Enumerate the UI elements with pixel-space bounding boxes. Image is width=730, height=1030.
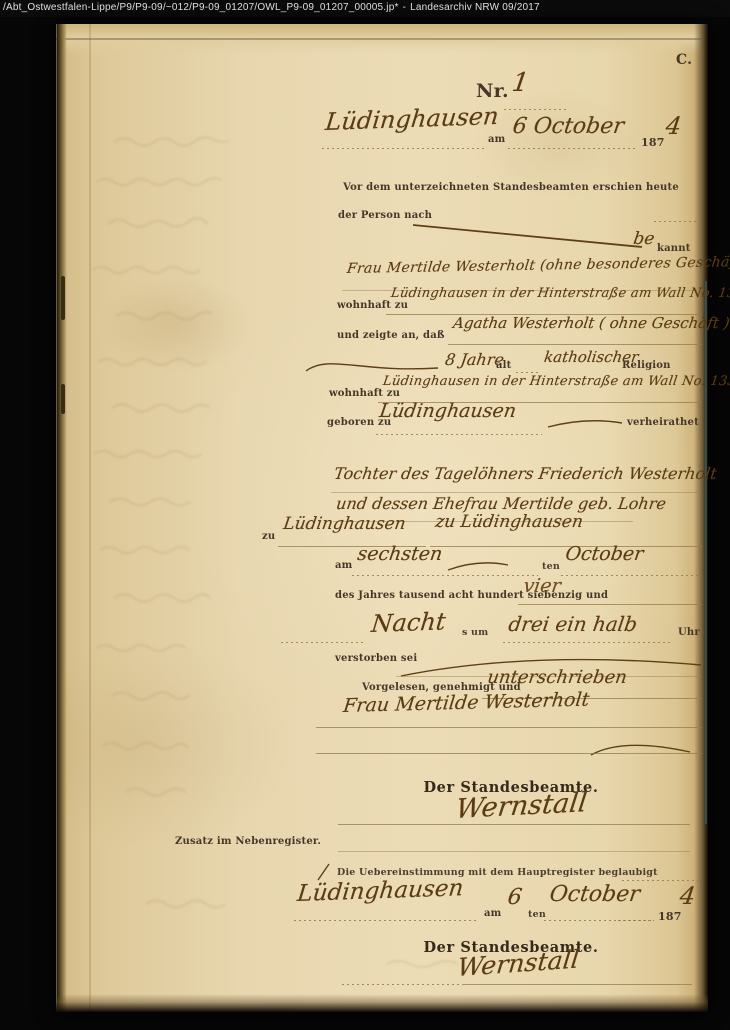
report-label: und zeigte an, daß: [337, 330, 445, 341]
record-number-label: Nr.: [476, 80, 509, 102]
marital-label: verheirathet: [627, 417, 699, 428]
death-day-am-label: am: [335, 560, 352, 571]
titlebar-dash: -: [403, 2, 407, 13]
known-hand: be: [632, 229, 656, 249]
known-printed: kannt: [657, 243, 691, 254]
ruled-line: [322, 148, 484, 149]
ruled-line: [654, 221, 702, 222]
ruled-line: [518, 604, 702, 605]
corner-mark: C.: [676, 52, 692, 68]
intro-line-2: der Person nach: [338, 210, 432, 221]
certification-month: October: [548, 882, 642, 907]
book-scan: C. Nr. 1 Lüdinghausen am 6 October 187 4…: [56, 24, 708, 1012]
file-path: /Abt_Ostwestfalen-Lippe/P9/P9-09/~012/P9…: [3, 2, 399, 13]
year-handwritten: 4: [664, 112, 683, 140]
death-year-label: des Jahres tausend acht hundert siebenzi…: [335, 590, 608, 601]
certification-ten-label: ten: [528, 909, 546, 920]
viewer-titlebar: /Abt_Ostwestfalen-Lippe/P9/P9-09/~012/P9…: [0, 0, 730, 17]
religion-label: Religion: [622, 360, 671, 371]
death-time-value-2: drei ein halb: [507, 612, 639, 636]
parents-line-1: Tochter des Tagelöhners Friederich Weste…: [333, 464, 718, 483]
binding-edge: [56, 24, 67, 1012]
ruled-line: [352, 575, 538, 576]
intro-line-1: Vor dem unterzeichneten Standesbeamten e…: [306, 182, 716, 193]
year-printed: 187: [641, 136, 665, 149]
ruled-line: [281, 642, 365, 643]
certification-label: Die Uebereinstimmung mit dem Hauptregist…: [337, 867, 658, 878]
declarant-line: Frau Mertilde Westerholt (ohne besondere…: [346, 254, 730, 277]
opening-place: Lüdinghausen: [324, 102, 500, 136]
ruled-line: [504, 109, 566, 110]
certification-day: 6: [506, 885, 524, 910]
report-value: Agatha Westerholt ( ohne Geschäft ): [452, 314, 730, 332]
ruled-line: [508, 148, 636, 149]
ruled-line: [294, 920, 476, 921]
ruled-line: [618, 920, 654, 921]
certification-place: Lüdinghausen: [296, 875, 465, 907]
closing-value: unterschrieben: [486, 667, 628, 688]
page-top-edge: [56, 38, 708, 40]
registrar-signature-1: Wernstall: [454, 787, 589, 825]
ruled-line: [622, 880, 702, 881]
record-number-value: 1: [510, 68, 531, 98]
margin-note: Zusatz im Nebenregister.: [175, 836, 321, 847]
ten-label: ten: [542, 561, 560, 572]
certification-year-printed: 187: [658, 910, 682, 923]
am-label: am: [488, 134, 505, 145]
death-month-value: October: [564, 543, 645, 565]
birth-value: Lüdinghausen: [378, 400, 518, 422]
uhr-label: Uhr: [678, 627, 700, 638]
residence2-value: Lüdinghausen in der Hinterstraße am Wall…: [382, 374, 730, 389]
s-um-label: s um: [462, 627, 488, 638]
ruled-line: [338, 851, 690, 852]
certification-am-label: am: [484, 908, 501, 919]
residence1-label: wohnhaft zu: [337, 300, 408, 311]
ruled-line: [503, 642, 671, 643]
ruled-line: [462, 984, 692, 985]
ruled-line: [316, 753, 702, 754]
ruled-line: [376, 434, 542, 435]
ruled-line: [338, 824, 690, 825]
opening-date: 6 October: [511, 114, 626, 139]
deceased-label: verstorben sei: [335, 653, 417, 664]
ruled-line: [342, 984, 462, 985]
death-place-2: zu Lüdinghausen: [434, 512, 584, 532]
ruled-line: [331, 492, 701, 493]
residence2-label: wohnhaft zu: [329, 388, 400, 399]
death-day-value: sechsten: [356, 543, 444, 565]
residence1-value: Lüdinghausen in der Hinterstraße am Wall…: [390, 286, 730, 301]
ruled-line: [316, 727, 702, 728]
parents-line-2: und dessen Ehefrau Mertilde geb. Lohre: [335, 494, 667, 513]
ruled-line: [561, 575, 702, 576]
ruled-line: [516, 372, 540, 373]
death-place-1: Lüdinghausen: [282, 514, 407, 534]
ruled-line: [448, 344, 702, 345]
page-crease: [89, 24, 91, 1012]
binding-stitch: [61, 384, 65, 414]
page-bottom-edge: [56, 994, 708, 1012]
archive-label: Landesarchiv NRW 09/2017: [410, 2, 540, 13]
alt-label: alt: [496, 360, 512, 371]
binding-stitch: [61, 276, 65, 320]
zu-label: zu: [262, 531, 275, 542]
page-edge-highlight: [705, 281, 707, 824]
death-year-value: vier: [522, 575, 562, 597]
death-time-value-1: Nacht: [370, 607, 447, 638]
